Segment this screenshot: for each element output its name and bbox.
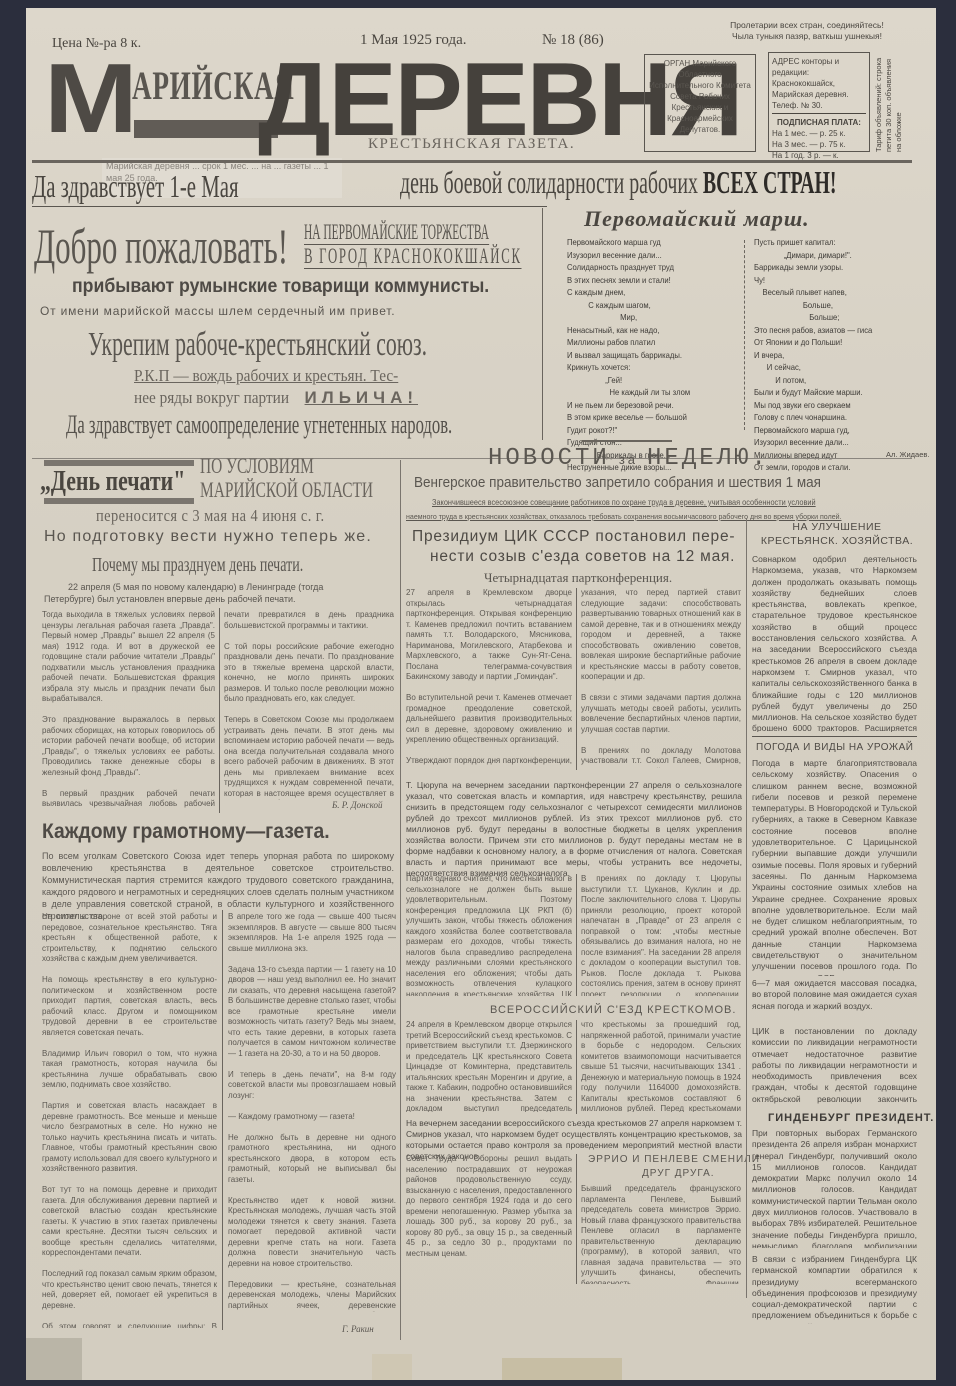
press-day-author: Б. Р. Донской (332, 800, 382, 810)
press-day-sub-2: Но подготовку вести нужно теперь же. (44, 528, 372, 546)
france-text: Бывший председатель французского парламе… (581, 1184, 741, 1284)
peasant-col-1: 24 апреля в Кремлевском дворце открылся … (406, 1020, 572, 1112)
news-cik-1: Президиум ЦИК СССР постановил пере- (412, 528, 735, 546)
banner-right: день боевой солидарности рабочих ВСЕХ СТ… (400, 164, 836, 200)
subscription-title: ПОДПИСНАЯ ПЛАТА: (772, 117, 866, 128)
partconf-col-2: указания, что перед партией ставит следу… (581, 588, 741, 768)
welcome-ilyich: ИЛЬИЧА! (305, 388, 418, 407)
partconf-divider (576, 588, 577, 770)
tape-bottom-mid (502, 1358, 622, 1380)
welcome-line-3: Укрепим рабоче-крестьянский союз. (88, 326, 427, 364)
welcome-headline: Добро пожаловать! (34, 220, 288, 272)
tsyurupa-col-2: В прениях по докладу т. Цюрупы выступили… (581, 874, 741, 996)
subscription-period: На 1 мес. (772, 129, 807, 138)
press-day-sub-1: переносится с 3 мая на 4 июня с. г. (96, 506, 325, 526)
news-title-rule (582, 440, 672, 442)
tape-bottom-left (22, 1338, 82, 1380)
masthead-rule (32, 160, 912, 163)
torn-edge-left (0, 0, 26, 1386)
masthead-subtitle: КРЕСТЬЯНСКАЯ ГАЗЕТА. (368, 136, 575, 153)
subscription-price: 3 р. — к. (807, 151, 839, 160)
france-title-1: ЭРРИО И ПЕНЛЕВЕ СМЕНИЛИ (588, 1154, 760, 1165)
news-title-c: НЕДЕЛЮ. (647, 445, 769, 472)
peasant-divider (576, 1020, 577, 1114)
literacy-col-1: Не стоит в стороне от всей этой работы и… (42, 912, 217, 1328)
news-conference-1: Закончившееся всесоюзное совещание работ… (432, 498, 816, 507)
subscription-period: На 3 мес. (772, 140, 807, 149)
labor-divider (576, 1154, 577, 1284)
subscription-price: — р. 75 к. (810, 140, 846, 149)
news-title: НОВОСТИ за НЕДЕЛЮ. (488, 444, 769, 472)
literacy-author: Г. Ракин (342, 1324, 374, 1334)
weather-text: Погода в марте благоприятствовала сельск… (752, 758, 917, 976)
march-title: Первомайский марш. (584, 206, 810, 232)
address-subscription-box: АДРЕС конторы и редакции: Краснококшайск… (768, 52, 870, 152)
news-title-b: за (619, 452, 638, 467)
motto-line-1: Пролетарии всех стран, соединяйтесь! (712, 20, 902, 31)
newspaper-page: Цена №-ра 8 к. 1 Мая 1925 года. № 18 (86… (22, 8, 938, 1380)
march-col-2: Пусть пришет капитал: „Димари, димари!".… (754, 236, 872, 474)
march-divider (744, 240, 746, 430)
weather-title: ПОГОДА И ВИДЫ НА УРОЖАЙ (756, 742, 913, 753)
tsyurupa-divider (576, 874, 577, 996)
press-day-lead-2: Петербурге) был установлен впервые день … (44, 594, 296, 604)
tsyurupa-text: Т. Цюрупа на вечернем заседании партконф… (406, 780, 742, 879)
welcome-line-4b-text: нее ряды вокруг партии (134, 388, 289, 408)
vertical-divider-top (542, 208, 543, 440)
main-divider-right (746, 518, 747, 1298)
welcome-line-5: Да здравствует самоопределение угнетенны… (66, 410, 452, 440)
literacy-divider (222, 910, 223, 1330)
press-day-lead-1: 22 апреля (5 мая по новому календарю) в … (68, 582, 323, 592)
press-day-divider (219, 608, 220, 813)
weather-text-2: 6—7 мая ожидается массовая посадка, во в… (752, 978, 917, 1012)
press-day-col-1: Тогда выходила в тяжелых условиях первой… (42, 610, 215, 808)
welcome-line-4b: нее ряды вокруг партии ИЛЬИЧА! (134, 388, 418, 408)
subscription-row-1: На 1 мес. — р. 25 к. (772, 128, 866, 139)
press-day-headline: „День печати" (40, 466, 185, 498)
news-hungary: Венгерское правительство запретило собра… (414, 474, 821, 491)
tape-bottom-right (372, 1354, 412, 1380)
section-rule-mid (32, 458, 912, 459)
hindenburg-text: При повторных выборах Германского презид… (752, 1128, 917, 1248)
welcome-line-1: прибывают румынские товарищи коммунисты. (72, 276, 489, 298)
organ-text: ОРГАН Марийского Областного Исполнительн… (649, 59, 751, 134)
labor-council-text: Совет Труда и Обороны решил выдать насел… (406, 1154, 572, 1284)
motto: Пролетарии всех стран, соединяйтесь! Чыл… (712, 20, 902, 42)
banner-left: Да здравствует 1-е Мая (32, 168, 239, 204)
torn-edge-right (936, 0, 956, 1386)
masthead-title-m: М (44, 50, 138, 146)
hindenburg-text-2: В связи с избранием Гинденбурга ЦК герма… (752, 1254, 917, 1324)
masthead-title-bar (134, 120, 278, 138)
news-cik-2: нести созыв с'езда советов на 12 мая. (430, 548, 735, 566)
banner-all-countries: ВСЕХ СТРАН! (703, 164, 837, 200)
partconf-col-1: 27 апреля в Кремлевском дворце открылась… (406, 588, 572, 768)
peasant-col-2: что крестькомы за прошедший год, напряже… (581, 1020, 741, 1112)
press-day-section-title: Почему мы празднуем день печати. (92, 554, 303, 577)
banner-right-text: день боевой солидарности рабочих (400, 164, 698, 200)
literacy-headline: Каждому грамотному—газета. (42, 820, 330, 844)
subscription-period: На 1 год. (772, 151, 805, 160)
agri-title: НА УЛУЧШЕНИЕ КРЕСТЬЯНСК. ХОЗЯЙСТВА. (752, 520, 922, 548)
agri-rule (752, 736, 917, 737)
subscription-price: — р. 25 к. (810, 129, 846, 138)
welcome-line-2: От имени марийской массы шлем сердечный … (40, 304, 395, 318)
partconf-title: Четырнадцатая партконференция. (484, 570, 672, 586)
press-day-col-2: печати превратился в день праздника боль… (224, 610, 394, 800)
hindenburg-title: ГИНДЕНБУРГ ПРЕЗИДЕНТ. (768, 1112, 934, 1124)
agri-text: Совнарком одобрил деятельность Наркомзем… (752, 554, 917, 732)
welcome-line-4a: Р.К.П — вождь рабочих и крестьян. Тес- (134, 366, 398, 386)
address-text: АДРЕС конторы и редакции: Краснококшайск… (772, 56, 866, 114)
peasant-congress-title: ВСЕРОССИЙСКИЙ С'ЕЗД КРЕСТКОМОВ. (490, 1004, 736, 1016)
tsik-text: ЦИК в постановлении по докладу комиссии … (752, 1026, 917, 1106)
press-day-side: ПО УСЛОВИЯМ МАРИЙСКОЙ ОБЛАСТИ (200, 454, 382, 502)
tariff-vertical: Тариф объявлений: строка петита 30 коп. … (874, 52, 904, 152)
welcome-side-1: НА ПЕРВОМАЙСКИЕ ТОРЖЕСТВА (304, 220, 489, 245)
tsyurupa-col-1: Партия однако считает, что местный налог… (406, 874, 572, 996)
subscription-row-2: На 3 мес. — р. 75 к. (772, 139, 866, 150)
news-title-a: НОВОСТИ (488, 445, 610, 472)
main-divider-left (400, 460, 401, 1340)
literacy-col-2: В апреле того же года — свыше 400 тысяч … (228, 912, 396, 1312)
banner-rule (32, 206, 547, 207)
organ-box: ОРГАН Марийского Областного Исполнительн… (644, 54, 756, 152)
france-title-2: ДРУГ ДРУГА. (642, 1168, 715, 1179)
press-day-bar-bottom (44, 498, 194, 504)
motto-line-2: Чыла туныкя пазяр, ваткыш ушнекыя! (712, 31, 902, 42)
welcome-side-2: В ГОРОД КРАСНОКОКШАЙСК (304, 244, 522, 269)
march-col-1: Первомайского марша гуд Изузорил весенни… (567, 236, 690, 474)
